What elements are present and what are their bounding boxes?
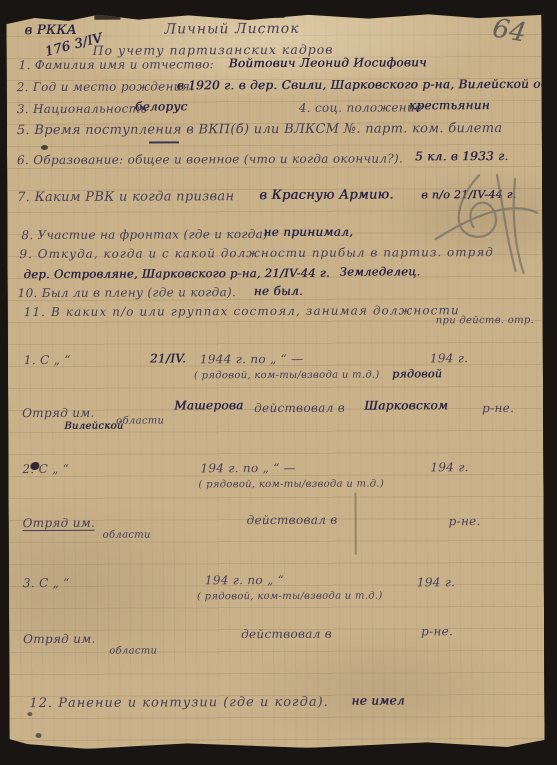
field-10-label: 10. Был ли в плену (где и когда). — [18, 285, 237, 300]
field-7-value-army: в Красную Армию. — [259, 187, 394, 203]
entry-1-action: действовал в — [254, 401, 345, 415]
entry-3-otryad-label: Отряд им. — [23, 632, 96, 646]
entry-1-rank-hint: ( рядовой, ком-ты/взвода и т.д.) — [194, 370, 380, 382]
field-3-value: белорус — [135, 99, 188, 113]
field-7-label: 7. Каким РВК и когда призван — [17, 189, 234, 205]
entry-1-end-year: 194 г. — [430, 351, 468, 365]
entry-1-district-suffix: р-не. — [482, 401, 514, 415]
entry-1-mid: 1944 г. по „ “ — — [200, 352, 304, 366]
field-1-value: Войтович Леонид Иосифович — [229, 55, 427, 70]
entry-3-end-year: 194 г. — [417, 575, 455, 589]
entry-2-otryad-label: Отряд им. — [23, 516, 96, 531]
field-8-label: 8. Участие на фронтах (где и когда) — [21, 227, 268, 242]
entry-2-mid: 194 г. по „ “ — — [200, 461, 296, 475]
field-8-value: не принимал, — [263, 225, 353, 239]
field-6-value: 5 кл. в 1933 г. — [415, 149, 508, 163]
entry-1-otryad-label: Отряд им. — [22, 406, 95, 420]
field-1-label: 1. Фамилия имя и отчество: — [19, 57, 215, 72]
entry-1-region-sub: Вилейской — [64, 421, 123, 432]
field-12-label: 12. Ранение и контузии (где и когда). — [29, 695, 328, 711]
entry-3-action: действовал в — [241, 627, 332, 641]
field-2-label: 2. Год и место рождения. — [17, 79, 194, 94]
paper-sheet: в РККА 176 3/IV 64 Личный Листок По учет… — [6, 12, 544, 749]
entry-3-district-suffix: р-не. — [421, 624, 453, 638]
field-3-label: 3. Национальность — [17, 102, 147, 117]
entry-2-action: действовал в — [247, 513, 338, 527]
field-2-value: в 1920 г. в дер. Свили, Шарковского р-на… — [177, 77, 557, 93]
paper-hole — [36, 733, 42, 738]
dash-mark — [149, 141, 179, 143]
entry-1-rank: рядовой — [392, 367, 442, 380]
field-11-tail: при действ. отр. — [436, 315, 534, 326]
entry-2-rank-hint: ( рядовой, ком-ты/взвода и т.д.) — [198, 479, 384, 491]
entry-1-district: Шарковском — [364, 398, 448, 412]
entry-3-mid: 194 г. по „ “ — [205, 573, 284, 587]
field-4-value: крестьянин — [409, 98, 490, 112]
page-number: 64 — [490, 13, 528, 48]
entry-3-oblast-sub: области — [109, 646, 157, 657]
entry-2-district-suffix: р-не. — [449, 514, 481, 528]
pencil-vertical-line — [354, 493, 356, 555]
field-5-label: 5. Время поступления в ВКП(б) или ВЛКСМ … — [17, 121, 503, 138]
entry-1-num: 1. С „ “ — [24, 353, 71, 367]
field-10-value: не был. — [254, 284, 304, 298]
field-6-label: 6. Образование: общее и военное (что и к… — [17, 151, 403, 167]
field-4-label: 4. соц. положение — [299, 100, 423, 115]
entry-1-oblast-sub: области — [116, 415, 164, 426]
entry-3-num: 3. С „ “ — [23, 576, 70, 590]
entry-1-from-date: 21/IV. — [150, 351, 186, 365]
entry-2-end-year: 194 г. — [430, 460, 468, 474]
entry-3-rank-hint: ( рядовой, ком-ты/взвода и т.д.) — [197, 591, 383, 603]
paper-notch — [94, 14, 120, 20]
pencil-scribble — [417, 167, 539, 278]
paper-hole — [27, 712, 32, 716]
field-12-value: не имел — [351, 693, 404, 707]
entry-2-num: 2. С „ “ — [22, 462, 69, 476]
field-9-label: 9. Откуда, когда и с какой должности при… — [19, 245, 493, 261]
archive-note-line1: в РККА — [24, 23, 76, 38]
paper-notch — [268, 13, 284, 18]
scanned-document-page: в РККА 176 3/IV 64 Личный Листок По учет… — [0, 0, 557, 765]
field-9-value: дер. Островляне, Шарковского р-на, 21/IV… — [24, 266, 330, 281]
document-title: Личный Листок — [164, 21, 299, 38]
entry-1-otryad-name: Машерова — [174, 398, 243, 412]
paper-hole — [41, 145, 48, 150]
entry-2-oblast-sub: области — [103, 530, 151, 541]
field-11-label: 11. В каких п/о или группах состоял, зан… — [24, 303, 460, 319]
field-9-value-occupation: Земледелец. — [339, 264, 420, 278]
